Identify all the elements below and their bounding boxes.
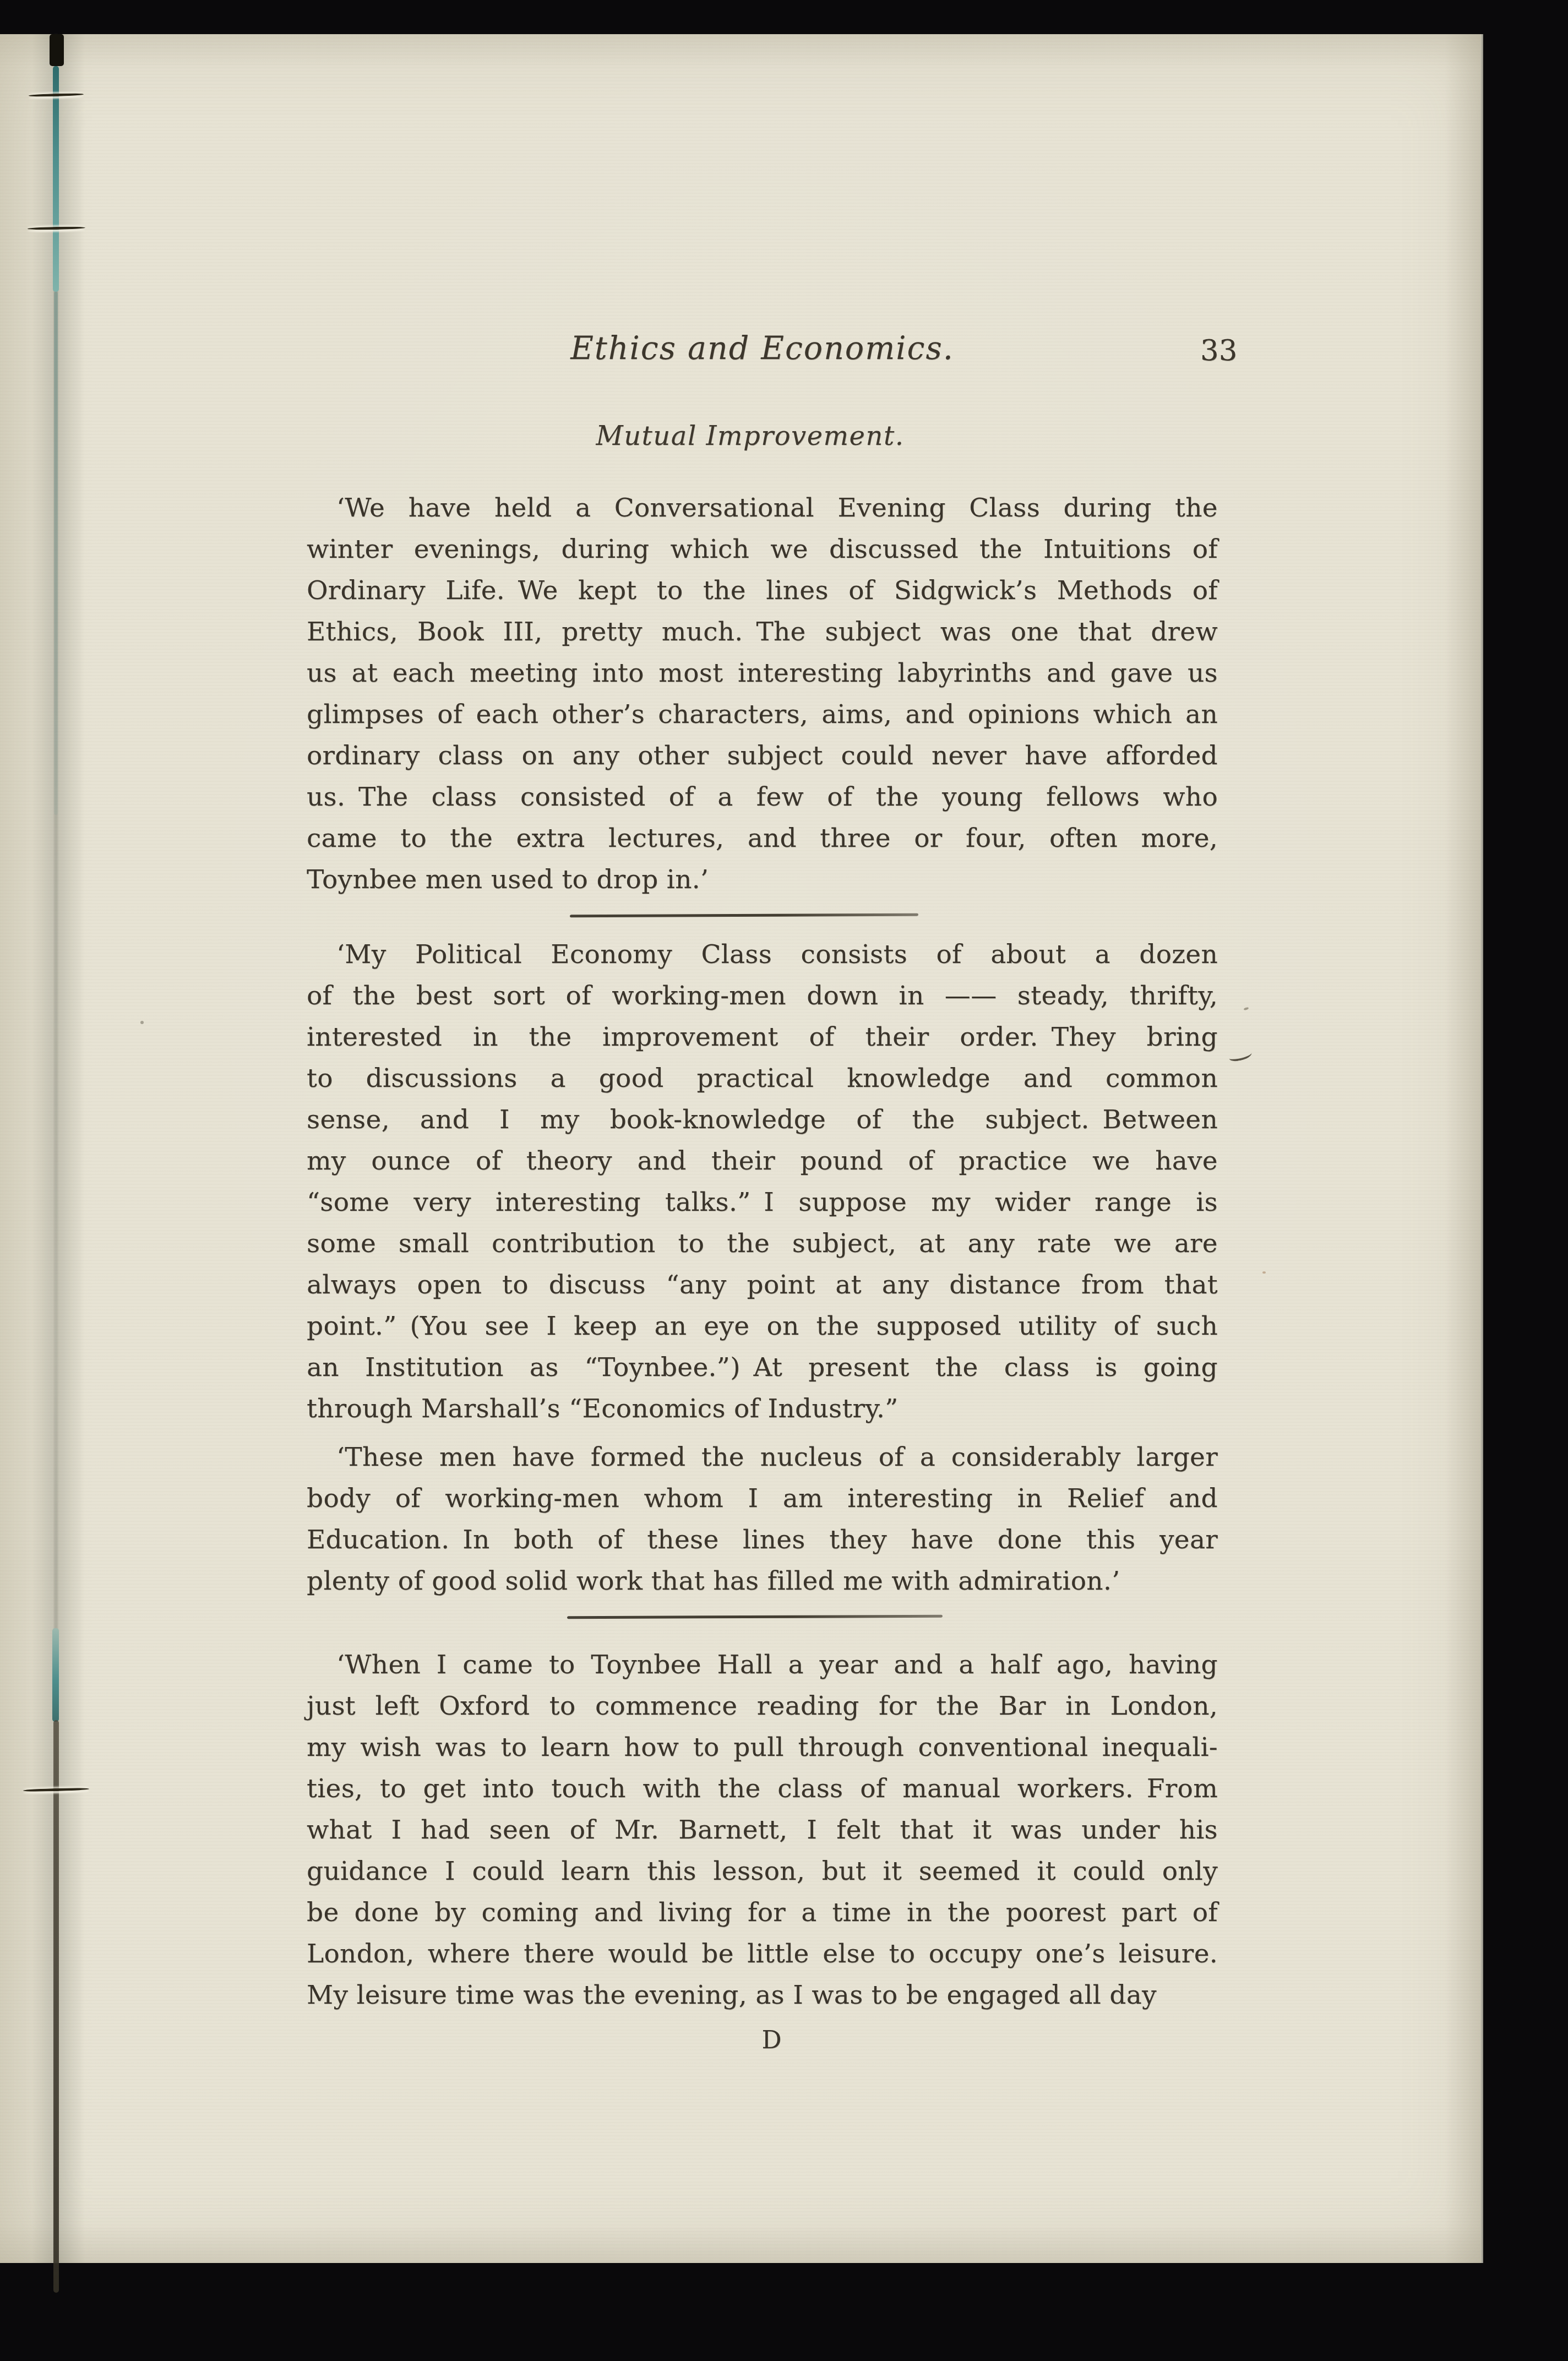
paper-fleck [140,1021,144,1024]
scan-photo: Ethics and Economics. 33 Mutual Improvem… [0,0,1568,2361]
separator-rule [567,1615,943,1619]
text-line: us at each meeting into most interesting… [307,652,1218,694]
text-line: some small contribution to the subject, … [307,1223,1218,1264]
text-line: ‘When I came to Toynbee Hall a year and … [307,1644,1218,1685]
text-line: just left Oxford to commence reading for… [307,1685,1218,1727]
paragraph: ‘When I came to Toynbee Hall a year and … [307,1644,1218,2016]
text-line: London, where there would be little else… [307,1933,1218,1974]
text-line: my ounce of theory and their pound of pr… [307,1140,1218,1182]
text-line: us. The class consisted of a few of the … [307,776,1218,818]
paragraph: ‘We have held a Conversational Evening C… [307,487,1218,900]
text-line: always open to discuss “any point at any… [307,1264,1218,1305]
printed-text-layer: Ethics and Economics. 33 Mutual Improvem… [0,34,1483,2263]
text-line: glimpses of each other’s characters, aim… [307,694,1218,735]
text-line: plenty of good solid work that has fille… [307,1560,1218,1602]
paper-fleck [409,1713,411,1716]
text-line: ‘We have held a Conversational Evening C… [307,487,1218,529]
paper-fleck [1262,1271,1266,1274]
text-line: ‘These men have formed the nucleus of a … [307,1437,1218,1478]
text-line: sense, and I my book-knowledge of the su… [307,1099,1218,1140]
text-line: ordinary class on any other subject coul… [307,735,1218,776]
text-line: ties, to get into touch with the class o… [307,1768,1218,1809]
paragraph: ‘These men have formed the nucleus of a … [307,1437,1218,1602]
text-line: point.” (You see I keep an eye on the su… [307,1305,1218,1347]
text-line: what I had seen of Mr. Barnett, I felt t… [307,1809,1218,1851]
separator-rule [570,913,918,918]
text-line: body of working-men whom I am interestin… [307,1478,1218,1519]
paragraph: ‘My Political Economy Class consists of … [307,934,1218,1429]
text-line: Ethics, Book III, pretty much. The subje… [307,611,1218,652]
text-line: Education. In both of these lines they h… [307,1519,1218,1560]
book-page: Ethics and Economics. 33 Mutual Improvem… [0,34,1483,2263]
text-line: ‘My Political Economy Class consists of … [307,934,1218,975]
text-line: an Institution as “Toynbee.”) At present… [307,1347,1218,1388]
text-line: my wish was to learn how to pull through… [307,1727,1218,1768]
text-line: be done by coming and living for a time … [307,1892,1218,1933]
printer-signature-mark: D [317,2025,1228,2054]
text-line: interested in the improvement of their o… [307,1016,1218,1058]
text-line: guidance I could learn this lesson, but … [307,1851,1218,1892]
section-heading: Mutual Improvement. [295,421,1206,460]
text-line: My leisure time was the evening, as I wa… [307,1974,1218,2016]
text-line: through Marshall’s “Economics of Industr… [307,1388,1218,1429]
running-header: Ethics and Economics. [307,330,1218,374]
text-line: came to the extra lectures, and three or… [307,818,1218,859]
text-line: winter evenings, during which we discuss… [307,529,1218,570]
page-number: 33 [1200,334,1255,367]
text-line: Toynbee men used to drop in.’ [307,859,1218,900]
text-line: Ordinary Life. We kept to the lines of S… [307,570,1218,611]
text-line: to discussions a good practical knowledg… [307,1058,1218,1099]
text-line: “some very interesting talks.” I suppose… [307,1182,1218,1223]
text-line: of the best sort of working-men down in … [307,975,1218,1016]
